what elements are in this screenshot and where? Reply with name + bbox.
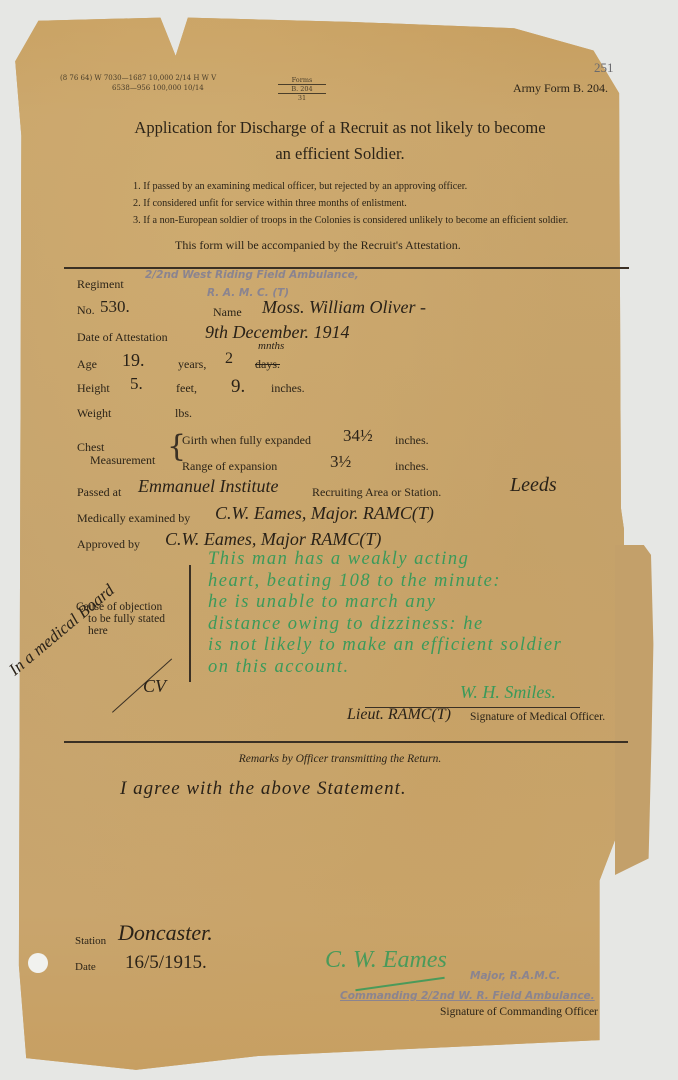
medical-signature-label: Signature of Medical Officer. <box>470 711 605 723</box>
height-label: Height <box>77 381 110 396</box>
forms-number: B. 204 <box>278 84 326 94</box>
torn-edge-flap <box>615 545 663 875</box>
weight-label: Weight <box>77 406 111 421</box>
objection-bracket <box>189 565 191 682</box>
inches-label: inches. <box>271 381 305 396</box>
co-stamp-rank: Major, R.A.M.C. <box>470 970 560 982</box>
regiment-label: Regiment <box>77 277 124 292</box>
form-title-line2: an efficient Soldier. <box>60 144 620 164</box>
objection-line: on this account. <box>208 657 562 679</box>
regiment-stamp-line1: 2/2nd West Riding Field Ambulance, <box>145 269 359 281</box>
recruiting-label: Recruiting Area or Station. <box>312 485 441 500</box>
name-value: Moss. William Oliver - <box>262 297 426 318</box>
lbs-label: lbs. <box>175 406 192 421</box>
objection-label-line3: here <box>76 625 165 637</box>
age-months-value: 2 <box>225 350 233 368</box>
margin-initials: CV <box>143 676 166 697</box>
co-signature-label: Signature of Commanding Officer <box>440 1006 598 1018</box>
range-unit: inches. <box>395 459 429 474</box>
conditions-list: 1. If passed by an examining medical off… <box>133 178 568 229</box>
objection-text: This man has a weakly acting heart, beat… <box>208 549 562 678</box>
girth-unit: inches. <box>395 433 429 448</box>
no-value: 530. <box>100 297 130 317</box>
passed-at-value: Emmanuel Institute <box>138 476 278 497</box>
date-label: Date <box>75 961 96 973</box>
condition-item: 1. If passed by an examining medical off… <box>133 178 568 195</box>
objection-line: is not likely to make an efficient soldi… <box>208 635 562 657</box>
no-label: No. <box>77 303 95 318</box>
print-code-line1: (8 76 64) W 7030—1687 10,000 2/14 H W V <box>60 74 216 82</box>
measurement-label: Measurement <box>90 453 155 468</box>
medical-officer-signature: W. H. Smiles. <box>460 682 556 703</box>
forms-label: Forms <box>278 76 326 84</box>
years-label: years, <box>178 357 206 372</box>
condition-item: 3. If a non-European soldier of troops i… <box>133 212 568 229</box>
co-signature: C. W. Eames <box>325 947 447 974</box>
age-years-value: 19. <box>122 350 145 371</box>
condition-item: 2. If considered unfit for service withi… <box>133 195 568 212</box>
station-footer-value: Doncaster. <box>118 920 213 946</box>
forms-reference: Forms B. 204 31 <box>278 76 326 102</box>
range-value: 3½ <box>330 452 351 472</box>
approved-label: Approved by <box>77 537 140 552</box>
remarks-heading: Remarks by Officer transmitting the Retu… <box>60 753 620 765</box>
punch-hole <box>28 953 48 973</box>
passed-at-label: Passed at <box>77 485 121 500</box>
height-inches-value: 9. <box>231 376 245 398</box>
objection-line: This man has a weakly acting <box>208 549 562 571</box>
station-label: Station <box>75 935 106 947</box>
height-feet-value: 5. <box>130 374 143 394</box>
range-label: Range of expansion <box>182 459 277 474</box>
remarks-text: I agree with the above Statement. <box>120 778 407 800</box>
age-label: Age <box>77 357 97 372</box>
medical-officer-rank: Lieut. RAMC(T) <box>347 706 451 724</box>
objection-line: heart, beating 108 to the minute: <box>208 571 562 593</box>
divider-middle <box>64 741 628 743</box>
date-value: 16/5/1915. <box>125 952 207 974</box>
army-form-number: Army Form B. 204. <box>513 81 608 96</box>
form-title-line1: Application for Discharge of a Recruit a… <box>60 118 620 138</box>
attestation-label: Date of Attestation <box>77 330 168 345</box>
examined-value: C.W. Eames, Major. RAMC(T) <box>215 503 434 524</box>
days-label: days. <box>255 357 280 372</box>
co-stamp-command: Commanding 2/2nd W. R. Field Ambulance. <box>340 990 595 1002</box>
girth-value: 34½ <box>343 426 373 446</box>
attestation-note: This form will be accompanied by the Rec… <box>175 238 461 253</box>
objection-line: he is unable to march any <box>208 592 562 614</box>
page-number: 251 <box>594 60 614 76</box>
station-value: Leeds <box>510 474 557 497</box>
name-label: Name <box>213 305 242 320</box>
forms-sub: 31 <box>278 94 326 102</box>
months-correction: mnths <box>258 340 284 352</box>
approved-value: C.W. Eames, Major RAMC(T) <box>165 529 381 550</box>
objection-line: distance owing to dizziness: he <box>208 614 562 636</box>
examined-label: Medically examined by <box>77 511 190 526</box>
girth-label: Girth when fully expanded <box>182 433 311 448</box>
feet-label: feet, <box>176 381 197 396</box>
print-code-line2: 6538—956 100,000 10/14 <box>112 84 204 92</box>
